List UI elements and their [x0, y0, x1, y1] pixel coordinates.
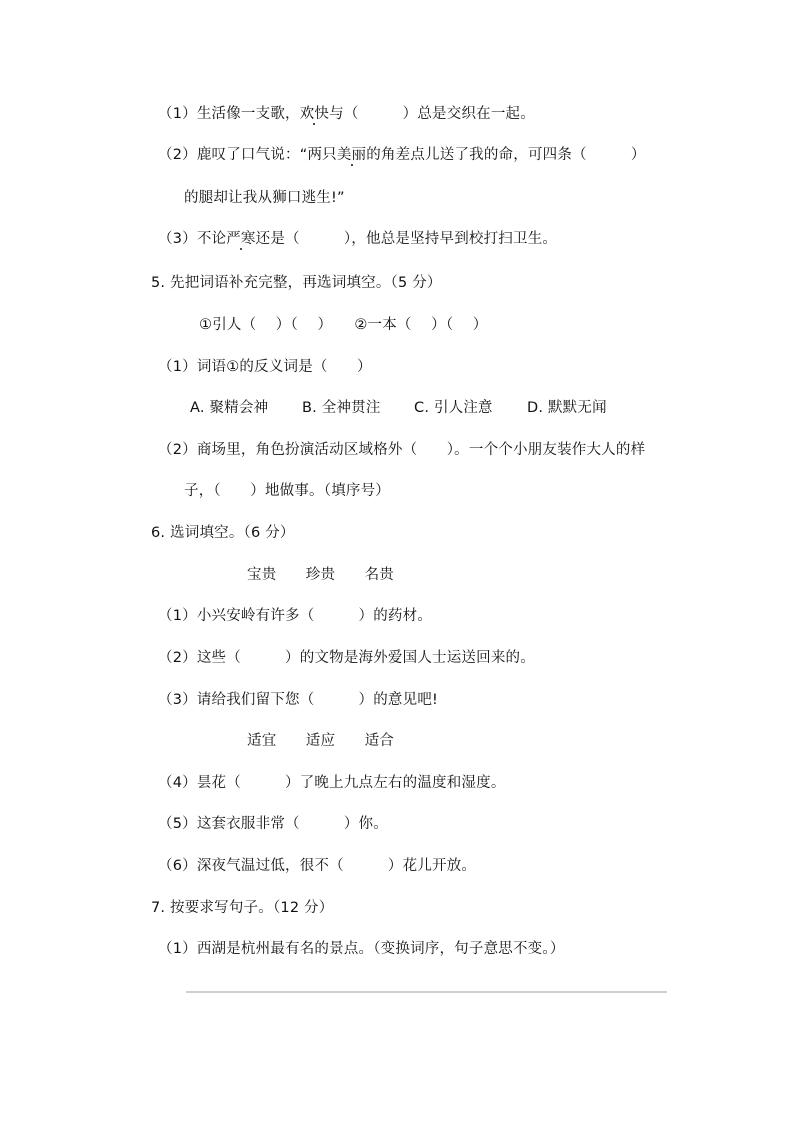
q5-option-d: D. 默默无闻 [527, 398, 607, 418]
q5-option-a: A. 聚精会神 [190, 398, 268, 418]
q6-item-1: （1）小兴安岭有许多（ ）的药材。 [158, 606, 432, 626]
text: 不论 [197, 231, 226, 247]
emphasized-word: 严寒 [226, 231, 255, 247]
text: 生活像一支歌， [197, 106, 300, 122]
q4-item-3: （3）不论严寒还是（ ），他总是坚持早到校打扫卫生。 [158, 229, 557, 249]
q5-option-c: C. 引人注意 [414, 398, 493, 418]
item-label: （3） [158, 231, 197, 247]
item-label: （1） [158, 106, 197, 122]
text: 的角差点儿送了我的命，可四条（ ） [366, 147, 645, 163]
q6-word-bank-b: 适宜 适应 适合 [247, 731, 394, 751]
q4-item-2-continued: 的腿却让我从狮口逃生!” [184, 188, 345, 208]
q6-item-4: （4）昙花（ ）了晚上九点左右的温度和湿度。 [158, 773, 506, 793]
q5-sub1: （1）词语①的反义词是（ ） [158, 357, 372, 377]
q5-words: ①引人（ ）（ ） ②一本（ ）（ ） [199, 315, 487, 335]
q5-sub2-line1: （2）商场里，角色扮演活动区域格外（ ）。一个个小朋友装作大人的样 [158, 440, 645, 460]
q5-title: 5. 先把词语补充完整，再选词填空。（5 分） [151, 273, 442, 293]
emphasized-word: 欢快 [300, 106, 329, 122]
q6-item-5: （5）这套衣服非常（ ）你。 [158, 814, 388, 834]
q6-title: 6. 选词填空。（6 分） [151, 523, 295, 543]
q7-sub1: （1）西湖是杭州最有名的景点。（变换词序，句子意思不变。） [158, 939, 565, 959]
q6-item-6: （6）深夜气温过低，很不（ ）花儿开放。 [158, 856, 476, 876]
item-label: （2） [158, 147, 197, 163]
q4-item-1: （1）生活像一支歌，欢快与（ ）总是交织在一起。 [158, 104, 535, 124]
answer-line[interactable] [186, 991, 667, 993]
q6-item-3: （3）请给我们留下您（ ）的意见吧! [158, 690, 438, 710]
text: 的腿却让我从狮口逃生!” [184, 190, 345, 206]
text: 鹿叹了口气说：“两只 [197, 147, 337, 163]
q7-title: 7. 按要求写句子。（12 分） [151, 898, 333, 918]
q6-item-2: （2）这些（ ）的文物是海外爱国人士运送回来的。 [158, 648, 535, 668]
text: 还是（ ），他总是坚持早到校打扫卫生。 [256, 231, 557, 247]
q5-option-b: B. 全神贯注 [302, 398, 381, 418]
emphasized-word: 美丽 [337, 147, 366, 163]
q4-item-2: （2）鹿叹了口气说：“两只美丽的角差点儿送了我的命，可四条（ ） [158, 145, 646, 165]
q5-sub2-line2: 子，（ ）地做事。（填序号） [184, 481, 390, 501]
text: 与（ ）总是交织在一起。 [329, 106, 535, 122]
q6-word-bank-a: 宝贵 珍贵 名贵 [247, 565, 394, 585]
